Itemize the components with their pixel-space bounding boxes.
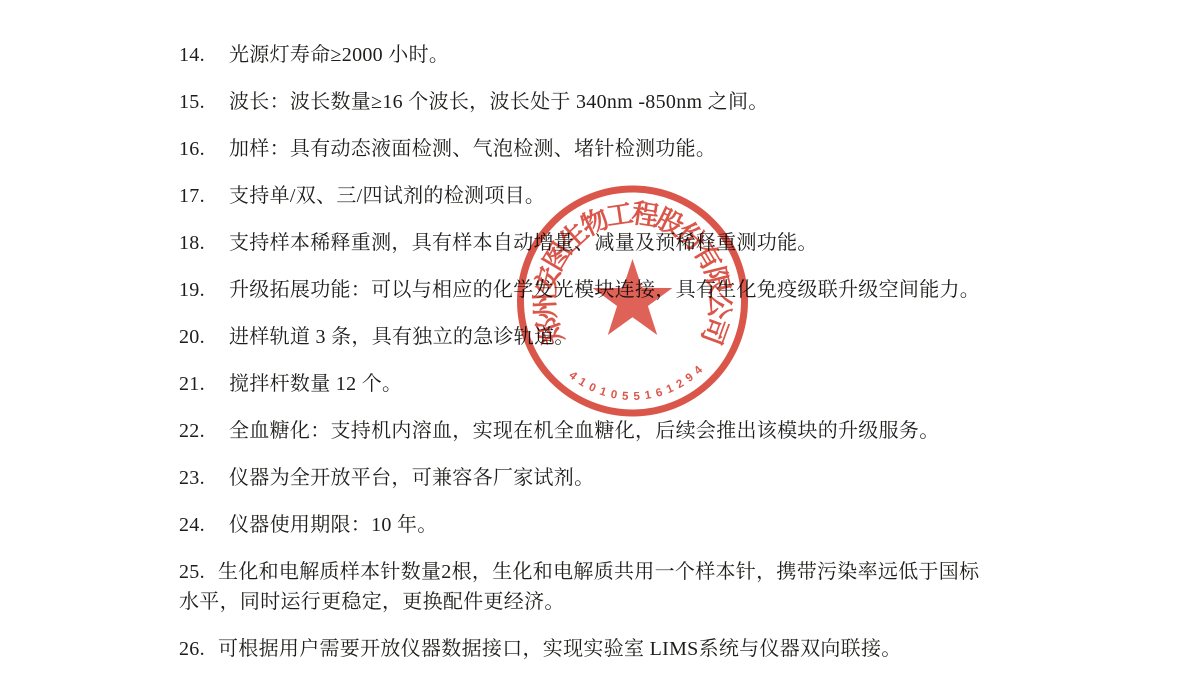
- item-number: 21.: [179, 369, 229, 399]
- item-number: 18.: [179, 228, 229, 258]
- item-number: 20.: [179, 322, 229, 352]
- item-text: 加样：具有动态液面检测、气泡检测、堵针检测功能。: [229, 138, 716, 160]
- item-text: 全血糖化：支持机内溶血，实现在机全血糖化，后续会推出该模块的升级服务。: [229, 420, 940, 442]
- item-text: 进样轨道 3 条，具有独立的急诊轨道。: [229, 326, 575, 348]
- item-number: 23.: [179, 463, 229, 493]
- item-number: 26.: [179, 634, 218, 664]
- list-item: 14.光源灯寿命≥2000 小时。: [179, 40, 1059, 70]
- item-text: 仪器为全开放平台，可兼容各厂家试剂。: [229, 467, 594, 489]
- item-number: 19.: [179, 275, 229, 305]
- item-text: 仪器使用期限：10 年。: [229, 514, 438, 536]
- item-text: 支持单/双、三/四试剂的检测项目。: [229, 185, 545, 207]
- item-text-line2: 水平，同时运行更稳定，更换配件更经济。: [179, 587, 1059, 617]
- item-text: 生化和电解质样本针数量2根，生化和电解质共用一个样本针，携带污染率远低于国标: [218, 561, 979, 583]
- item-number: 24.: [179, 510, 229, 540]
- spec-list: 14.光源灯寿命≥2000 小时。 15.波长：波长数量≥16 个波长，波长处于…: [179, 40, 1059, 681]
- item-text: 光源灯寿命≥2000 小时。: [229, 44, 449, 66]
- list-item: 16.加样：具有动态液面检测、气泡检测、堵针检测功能。: [179, 134, 1059, 164]
- item-number: 17.: [179, 181, 229, 211]
- item-text: 搅拌杆数量 12 个。: [229, 373, 402, 395]
- item-number: 22.: [179, 416, 229, 446]
- list-item: 18.支持样本稀释重测，具有样本自动增量、减量及预稀释重测功能。: [179, 228, 1059, 258]
- list-item: 15.波长：波长数量≥16 个波长，波长处于 340nm -850nm 之间。: [179, 87, 1059, 117]
- list-item: 17.支持单/双、三/四试剂的检测项目。: [179, 181, 1059, 211]
- list-item: 20.进样轨道 3 条，具有独立的急诊轨道。: [179, 322, 1059, 352]
- item-number: 15.: [179, 87, 229, 117]
- item-number: 25.: [179, 557, 218, 587]
- item-text: 波长：波长数量≥16 个波长，波长处于 340nm -850nm 之间。: [229, 91, 769, 113]
- list-item: 24.仪器使用期限：10 年。: [179, 510, 1059, 540]
- list-item: 21.搅拌杆数量 12 个。: [179, 369, 1059, 399]
- list-item: 25.生化和电解质样本针数量2根，生化和电解质共用一个样本针，携带污染率远低于国…: [179, 557, 1059, 617]
- item-text: 支持样本稀释重测，具有样本自动增量、减量及预稀释重测功能。: [229, 232, 818, 254]
- list-item: 23.仪器为全开放平台，可兼容各厂家试剂。: [179, 463, 1059, 493]
- item-text: 升级拓展功能：可以与相应的化学发光模块连接，具有生化免疫级联升级空间能力。: [229, 279, 980, 301]
- document-page: 14.光源灯寿命≥2000 小时。 15.波长：波长数量≥16 个波长，波长处于…: [0, 0, 1188, 683]
- item-text: 可根据用户需要开放仪器数据接口，实现实验室 LIMS系统与仪器双向联接。: [218, 638, 902, 660]
- item-number: 14.: [179, 40, 229, 70]
- list-item: 26.可根据用户需要开放仪器数据接口，实现实验室 LIMS系统与仪器双向联接。: [179, 634, 1059, 664]
- list-item: 22.全血糖化：支持机内溶血，实现在机全血糖化，后续会推出该模块的升级服务。: [179, 416, 1059, 446]
- item-number: 16.: [179, 134, 229, 164]
- list-item: 19.升级拓展功能：可以与相应的化学发光模块连接，具有生化免疫级联升级空间能力。: [179, 275, 1059, 305]
